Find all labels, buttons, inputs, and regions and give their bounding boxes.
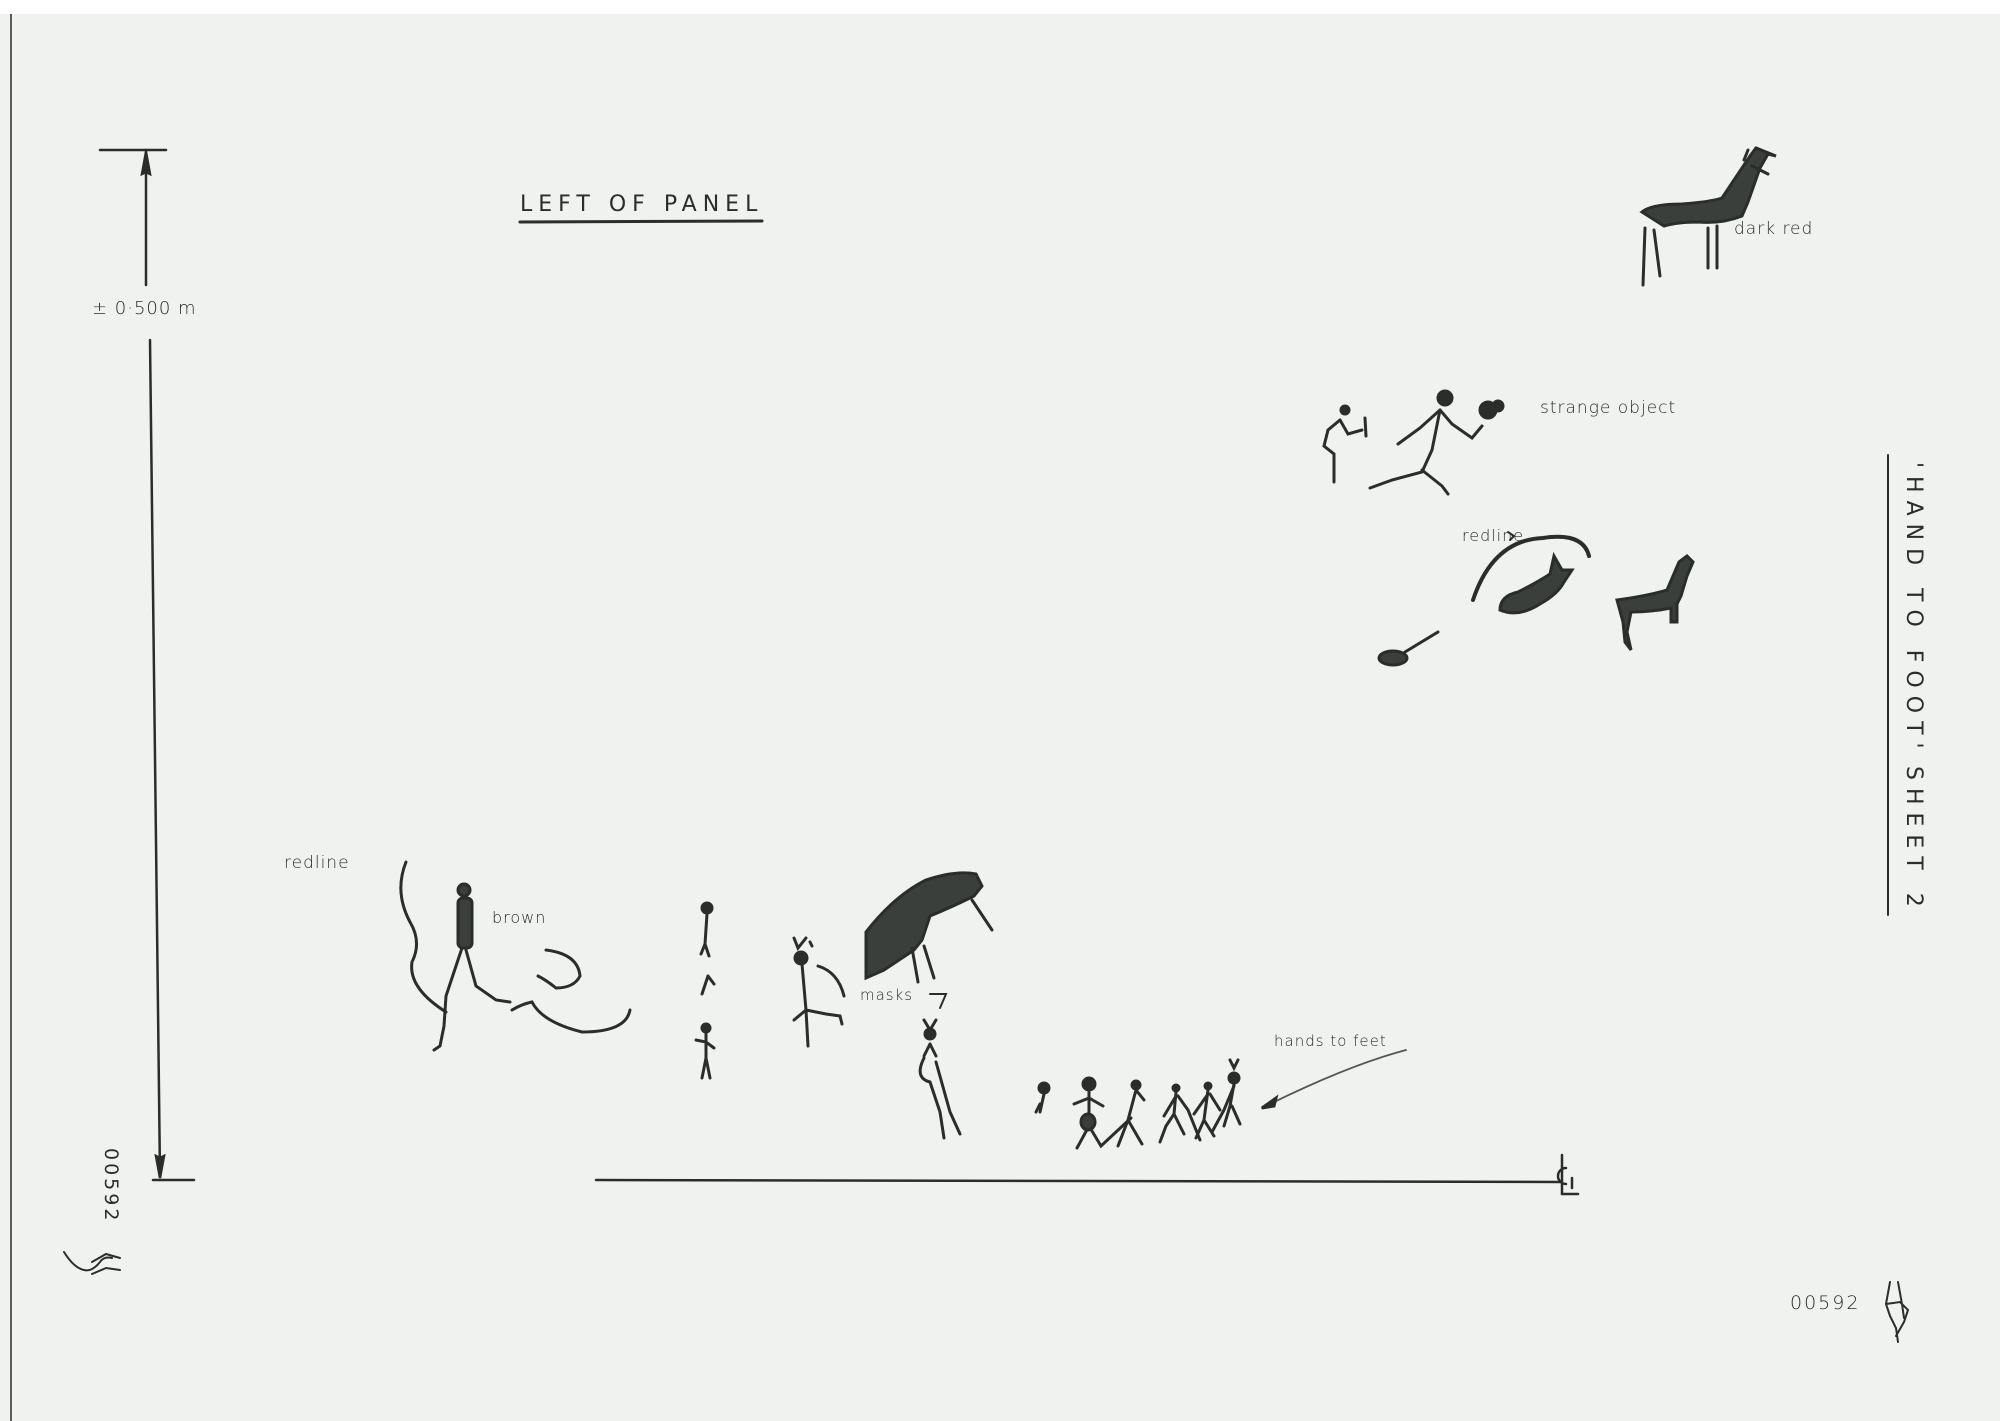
crouching-figure [1324, 406, 1366, 482]
initials-signature-left [64, 1252, 120, 1274]
small-animal-figure [1379, 632, 1438, 665]
redline-upper-label: redline [1462, 526, 1524, 545]
sheet-label: SHEET 2 [1901, 766, 1926, 915]
side-title: 'HAND TO FOOT' [1901, 462, 1926, 757]
scale-label: ± 0·500 m [92, 298, 197, 319]
stacked-small-figures [696, 903, 714, 1078]
dark-red-label: dark red [1734, 219, 1813, 239]
hand-to-foot-procession [1036, 1060, 1240, 1148]
catalog-number-bottom: 00592 [1790, 1292, 1860, 1314]
initials-signature [1886, 1282, 1908, 1342]
brown-label: brown [492, 908, 546, 927]
hands-to-feet-arrow [1262, 1050, 1406, 1108]
redline-lower [401, 862, 446, 1012]
redline-lower-label: redline [284, 853, 350, 873]
standing-antelope-right [1617, 556, 1693, 650]
page-title: LEFT OF PANEL [520, 192, 763, 217]
title-underline [520, 221, 762, 222]
centerline-icon [1558, 1155, 1578, 1194]
running-figure [1370, 391, 1503, 494]
baseline [596, 1180, 1560, 1182]
antelope-under-redline [1500, 556, 1572, 613]
hands-to-feet-label: hands to feet [1274, 1032, 1387, 1050]
masked-figure-left [794, 938, 844, 1046]
masked-figure-seated [920, 1020, 960, 1138]
grazing-antelope [866, 873, 992, 982]
strange-object-label: strange object [1540, 398, 1676, 418]
antelope-dark-red-figure [1642, 148, 1776, 285]
rock-art-tracing [0, 0, 2000, 1421]
masks-label: masks [860, 986, 913, 1004]
catalog-number-left: 00592 [100, 1148, 122, 1223]
